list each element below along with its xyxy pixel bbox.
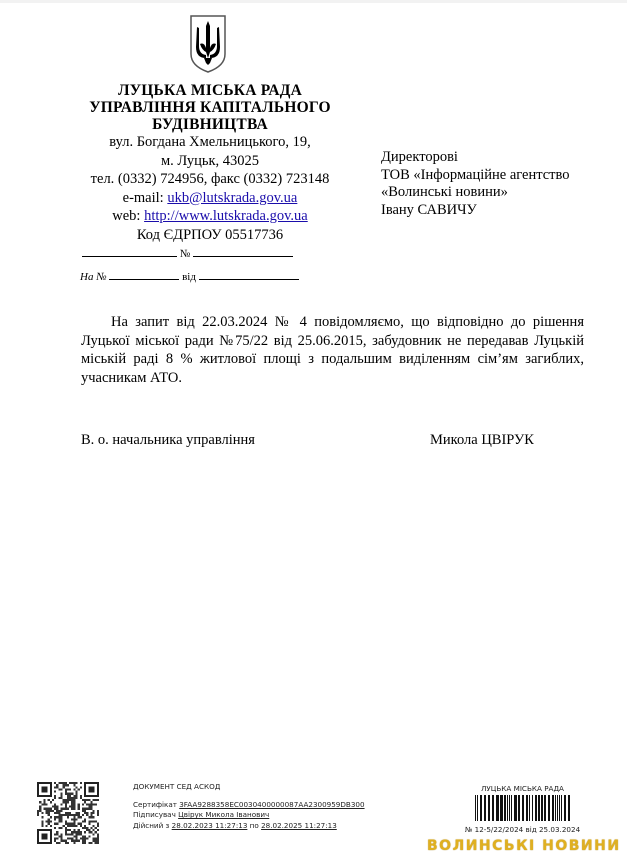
- recipient-block: Директорові ТОВ «Інформаційне агентство …: [381, 149, 570, 219]
- number-blank: [193, 246, 293, 257]
- letter-body: На запит від 22.03.2024 № 4 повідомляємо…: [81, 313, 584, 387]
- phone-fax: тел. (0332) 724956, факс (0332) 723148: [60, 170, 360, 189]
- reply-to-label: На №: [80, 271, 107, 283]
- recipient-line: Директорові: [381, 149, 570, 167]
- certificate-value: 3FAA9288358EC0030400000087AA2300959DB300: [179, 800, 364, 809]
- validity-row: Дійсний з 28.02.2023 11:27:13 по 28.02.2…: [133, 821, 365, 832]
- signatory-position: В. о. начальника управління: [81, 432, 255, 449]
- barcode-icon: [475, 795, 570, 821]
- signer-row: Підписувач Цвірук Микола Іванович: [133, 810, 365, 821]
- e-signature-stamp: ДОКУМЕНТ СЕД АСКОД Сертифікат 3FAA928835…: [133, 782, 365, 831]
- signer-value: Цвірук Микола Іванович: [178, 810, 269, 819]
- date-blank: [82, 246, 177, 257]
- web-row: web: http://www.lutskrada.gov.ua: [60, 207, 360, 226]
- reply-to-line: На № від: [80, 269, 299, 283]
- valid-to: 28.02.2025 11:27:13: [261, 821, 337, 830]
- registration-number: № 12-5/22/2024 від 25.03.2024: [455, 825, 590, 834]
- stamp-org: ЛУЦЬКА МІСЬКА РАДА: [455, 784, 590, 793]
- trident-coat-of-arms-icon: [188, 14, 228, 74]
- org-name-line: БУДІВНИЦТВА: [60, 116, 360, 133]
- outgoing-number-line: №: [82, 246, 293, 260]
- recipient-line: «Волинські новини»: [381, 184, 570, 202]
- watermark-logo: ВОЛИНСЬКІ НОВИНИ: [427, 838, 621, 854]
- valid-from: 28.02.2023 11:27:13: [172, 821, 248, 830]
- email-row: e-mail: ukb@lutskrada.gov.ua: [60, 189, 360, 208]
- web-link[interactable]: http://www.lutskrada.gov.ua: [144, 208, 308, 224]
- qr-code-icon: [37, 782, 99, 844]
- recipient-line: ТОВ «Інформаційне агентство: [381, 167, 570, 185]
- org-name-line: ЛУЦЬКА МІСЬКА РАДА: [60, 82, 360, 99]
- edrpou-code: Код ЄДРПОУ 05517736: [60, 226, 360, 245]
- registration-stamp: ЛУЦЬКА МІСЬКА РАДА № 12-5/22/2024 від 25…: [455, 784, 590, 834]
- letterhead: ЛУЦЬКА МІСЬКА РАДА УПРАВЛІННЯ КАПІТАЛЬНО…: [60, 82, 360, 244]
- reply-date-blank: [199, 269, 299, 280]
- page-top-edge: [0, 0, 627, 3]
- address-street: вул. Богдана Хмельницького, 19,: [60, 133, 360, 152]
- stamp-title: ДОКУМЕНТ СЕД АСКОД: [133, 782, 365, 793]
- address-city: м. Луцьк, 43025: [60, 152, 360, 171]
- from-label: від: [182, 271, 196, 283]
- reply-number-blank: [109, 269, 179, 280]
- certificate-row: Сертифікат 3FAA9288358EC0030400000087AA2…: [133, 800, 365, 811]
- org-name-line: УПРАВЛІННЯ КАПІТАЛЬНОГО: [60, 99, 360, 116]
- number-sign: №: [180, 248, 191, 260]
- web-label: web:: [112, 208, 144, 224]
- email-link[interactable]: ukb@lutskrada.gov.ua: [167, 190, 297, 206]
- signatory-name: Микола ЦВІРУК: [430, 432, 534, 449]
- recipient-line: Івану САВИЧУ: [381, 202, 570, 220]
- email-label: e-mail:: [123, 190, 168, 206]
